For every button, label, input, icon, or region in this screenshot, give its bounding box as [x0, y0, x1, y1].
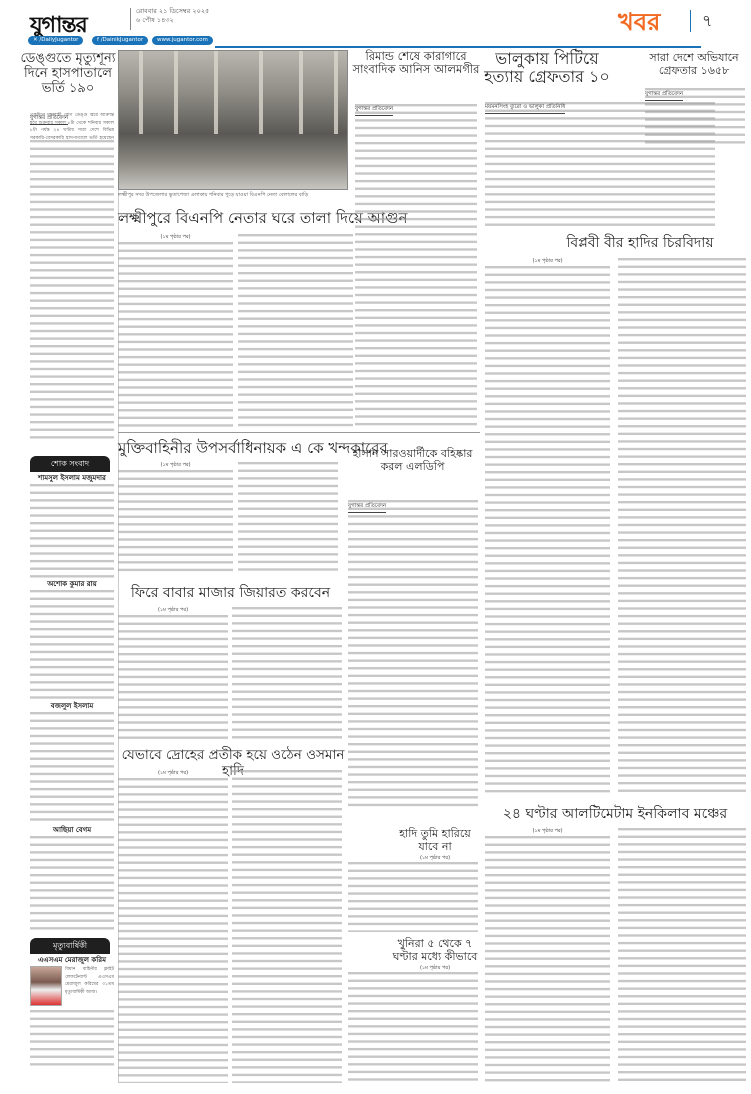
masthead-rule: [215, 46, 701, 48]
memorial-portrait: [30, 966, 62, 1006]
facebook-link[interactable]: f /DainikJugantor: [92, 36, 148, 45]
muktibahini-continued: (১ম পৃষ্ঠার পর): [118, 462, 233, 470]
mazar-body-col1: [118, 615, 228, 740]
obituary-name-4: আছিয়া বেগম: [30, 826, 114, 834]
mazar-continued: (১ম পৃষ্ঠার পর): [118, 607, 228, 615]
biplobi-headline: বিপ্লবী বীর হাদির চিরবিদায়: [530, 235, 750, 251]
obituary-text-4: [30, 836, 114, 934]
muktibahini-body-col2: [238, 462, 338, 575]
website-link[interactable]: www.jugantor.com: [152, 36, 213, 45]
bhaluka-headline: ভালুকায় পিটিয়ে হত্যায় গ্রেফতার ১০: [482, 50, 612, 87]
mazar-headline: ফিরে বাবার মাজার জিয়ারত করবেন: [118, 585, 343, 601]
page-number: ৭: [702, 8, 712, 35]
osman-body-col1: [118, 778, 228, 1083]
fire-continued: (১ম পৃষ্ঠার পর): [118, 234, 233, 242]
hasan-headline: হাসান সারওয়ার্দীকে বহিষ্কার করল এলডিপি: [345, 448, 480, 473]
section-title: খবর: [618, 4, 660, 44]
ultimatum-body-col1: [485, 836, 610, 1083]
obituary-name-2: অশোক কুমার রায়: [30, 580, 114, 588]
obituary-text-2: [30, 590, 114, 702]
nationwide-body: [645, 88, 745, 148]
muktibahini-body-col1: [118, 470, 233, 575]
section-divider: [690, 10, 691, 32]
death-anniversary-body: [30, 1010, 114, 1070]
killers-body: [348, 972, 478, 1082]
date-bangla: ৬ পৌষ ১৪৩২: [136, 16, 209, 25]
ultimatum-continued: (১ম পৃষ্ঠার পর): [485, 828, 610, 836]
ultimatum-headline: ২৪ ঘণ্টার আলটিমেটাম ইনকিলাব মঞ্চের: [485, 806, 745, 822]
death-anniversary-box-title: মৃত্যুবার্ষিকী: [30, 938, 110, 954]
dengue-lead: একদিনে মশাবাহী রোগ ডেঙ্গু জ্বরে আক্রান্ত…: [30, 112, 114, 140]
hasan-body: [348, 500, 478, 810]
osman-body-col2: [232, 770, 342, 1083]
killers-headline: খুনিরা ৫ থেকে ৭ ঘণ্টার মধ্যে কীভাবে: [390, 938, 480, 963]
fire-body-col2: [238, 234, 353, 427]
death-anniversary-text: বিমান বাহিনীর ফ্লাইট লেফটেন্যান্ট এএসএম …: [65, 966, 114, 1008]
biplobi-body-col1: [485, 266, 610, 796]
issue-date: রোববার ২১ ডিসেম্বর ২০২৫ ৬ পৌষ ১৪৩২: [136, 7, 209, 25]
obituary-text-3: [30, 712, 114, 824]
death-anniversary-name: এএসএম মেরাজুল করিম: [30, 956, 114, 964]
nationwide-headline: সারা দেশে অভিযানে গ্রেফতার ১৬৫৮: [642, 52, 746, 77]
remand-headline: রিমান্ড শেষে কারাগারে সাংবাদিক আনিস আলমগ…: [352, 50, 480, 76]
twitter-link[interactable]: ✕ /DailyJugantor: [28, 36, 83, 45]
masthead-divider: [130, 8, 131, 30]
fire-photo: [118, 50, 348, 190]
biplobi-continued: (১ম পৃষ্ঠার পর): [485, 258, 610, 266]
remand-body: [355, 104, 477, 427]
fire-photo-caption: লক্ষ্মীপুর সদর উপজেলার ভুতাপেজা এলাকায় …: [118, 192, 348, 199]
hadi-tumi-body: [348, 862, 478, 932]
date-gregorian: রোববার ২১ ডিসেম্বর ২০২৫: [136, 7, 209, 16]
dengue-headline: ডেঙ্গুতে মৃত্যুশূন্য দিনে হাসপাতালে ভর্ত…: [18, 52, 118, 97]
section-rule: [118, 432, 480, 433]
obituary-text-1: [30, 484, 114, 578]
obituary-name-3: বজলুল ইসলাম: [30, 702, 114, 710]
fire-body-col1: [118, 242, 233, 427]
hadi-tumi-headline: হাদি তুমি হারিয়ে যাবে না: [390, 828, 480, 853]
obituary-box-title: শোক সংবাদ: [30, 456, 110, 472]
ultimatum-body-col2: [618, 828, 746, 1083]
obituary-name-1: শামসুল ইসলাম মজুমদার: [30, 474, 114, 482]
biplobi-body-col2: [618, 258, 746, 796]
dengue-body: [30, 140, 114, 442]
osman-continued: (১ম পৃষ্ঠার পর): [118, 770, 228, 778]
mazar-body-col2: [232, 607, 342, 740]
